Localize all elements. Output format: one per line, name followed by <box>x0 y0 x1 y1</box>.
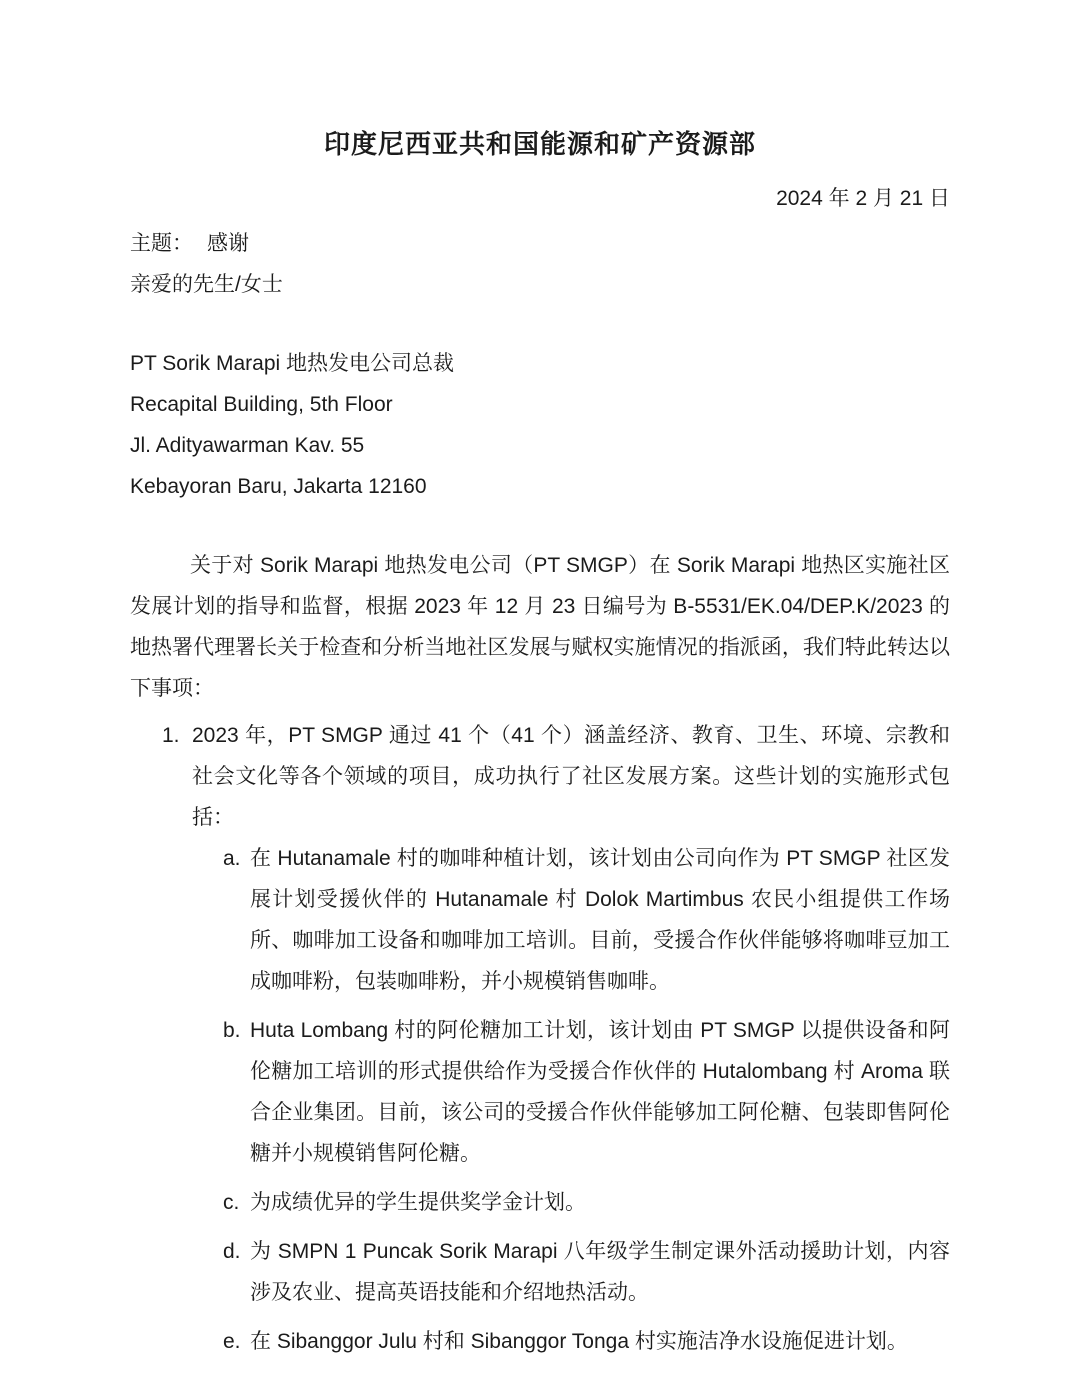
letter-page: 印度尼西亚共和国能源和矿产资源部 2024 年 2 月 21 日 主题：感谢 亲… <box>0 0 1080 1397</box>
sub-item-b: b. Huta Lombang 村的阿伦糖加工计划，该计划由 PT SMGP 以… <box>223 1010 950 1174</box>
sub-item-c: c. 为成绩优异的学生提供奖学金计划。 <box>223 1182 950 1223</box>
list-item-1-text: 2023 年，PT SMGP 通过 41 个（41 个）涵盖经济、教育、卫生、环… <box>192 715 950 838</box>
sub-item-b-text: Huta Lombang 村的阿伦糖加工计划，该计划由 PT SMGP 以提供设… <box>250 1010 950 1174</box>
sub-item-a-marker: a. <box>223 838 250 1002</box>
recipient-line-4: Kebayoran Baru, Jakarta 12160 <box>130 466 950 507</box>
sub-item-e-marker: e. <box>223 1321 250 1362</box>
sub-item-e: e. 在 Sibanggor Julu 村和 Sibanggor Tonga 村… <box>223 1321 950 1362</box>
list-item-1: 1. 2023 年，PT SMGP 通过 41 个（41 个）涵盖经济、教育、卫… <box>162 715 950 838</box>
numbered-list: 1. 2023 年，PT SMGP 通过 41 个（41 个）涵盖经济、教育、卫… <box>130 715 950 1362</box>
salutation: 亲爱的先生/女士 <box>130 264 950 305</box>
letter-date: 2024 年 2 月 21 日 <box>130 178 950 219</box>
sub-item-d: d. 为 SMPN 1 Puncak Sorik Marapi 八年级学生制定课… <box>223 1231 950 1313</box>
recipient-line-2: Recapital Building, 5th Floor <box>130 384 950 425</box>
intro-paragraph: 关于对 Sorik Marapi 地热发电公司（PT SMGP）在 Sorik … <box>130 545 950 709</box>
sub-item-d-marker: d. <box>223 1231 250 1313</box>
sub-item-b-marker: b. <box>223 1010 250 1174</box>
subject-value: 感谢 <box>207 232 249 255</box>
recipient-line-3: Jl. Adityawarman Kav. 55 <box>130 425 950 466</box>
list-item-1-marker: 1. <box>162 715 192 838</box>
recipient-block: PT Sorik Marapi 地热发电公司总裁 Recapital Build… <box>130 343 950 507</box>
sub-item-c-text: 为成绩优异的学生提供奖学金计划。 <box>250 1182 950 1223</box>
sub-item-a: a. 在 Hutanamale 村的咖啡种植计划，该计划由公司向作为 PT SM… <box>223 838 950 1002</box>
sub-item-d-text: 为 SMPN 1 Puncak Sorik Marapi 八年级学生制定课外活动… <box>250 1231 950 1313</box>
sub-item-a-text: 在 Hutanamale 村的咖啡种植计划，该计划由公司向作为 PT SMGP … <box>250 838 950 1002</box>
subject-line: 主题：感谢 <box>130 223 950 264</box>
sub-item-c-marker: c. <box>223 1182 250 1223</box>
subject-label: 主题： <box>130 232 193 255</box>
letter-title: 印度尼西亚共和国能源和矿产资源部 <box>130 126 950 162</box>
sub-item-e-text: 在 Sibanggor Julu 村和 Sibanggor Tonga 村实施洁… <box>250 1321 950 1362</box>
recipient-line-1: PT Sorik Marapi 地热发电公司总裁 <box>130 343 950 384</box>
sub-list: a. 在 Hutanamale 村的咖啡种植计划，该计划由公司向作为 PT SM… <box>130 838 950 1362</box>
